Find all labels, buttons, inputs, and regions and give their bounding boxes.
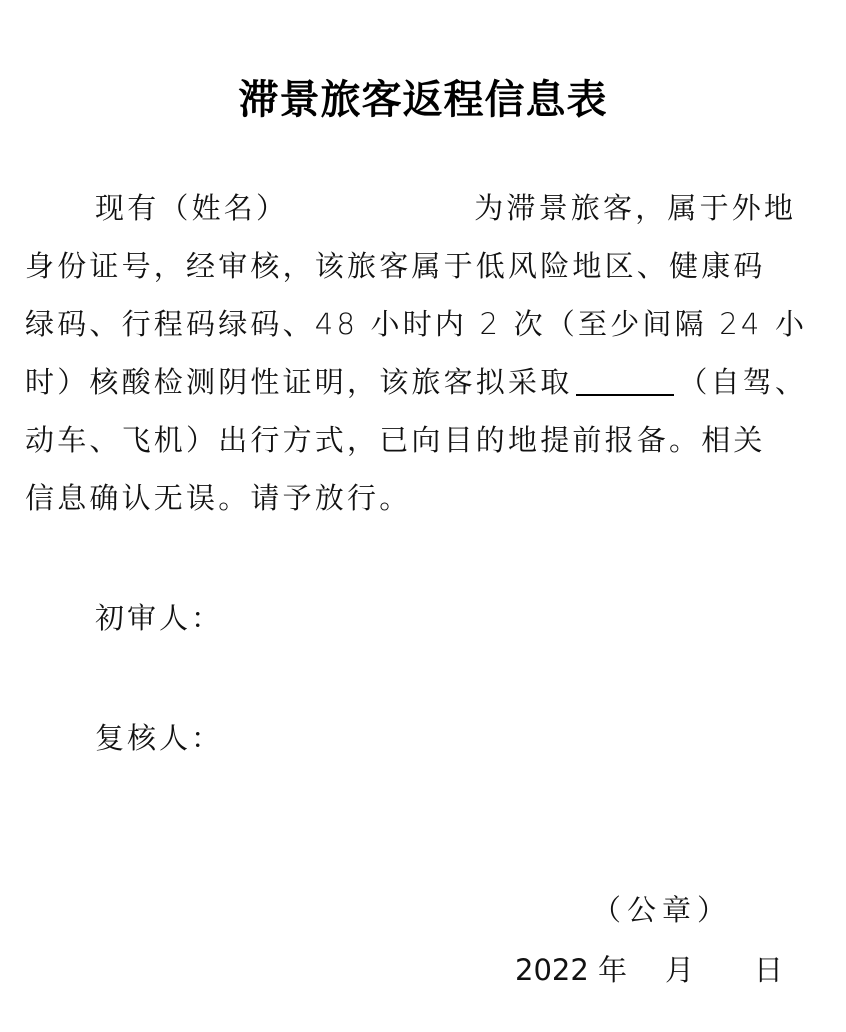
- body-line-5: 动车、飞机）出行方式，已向目的地提前报备。相关: [25, 420, 766, 460]
- final-reviewer-label: 复核人：: [95, 718, 223, 758]
- official-seal-label: （公章）: [592, 890, 732, 930]
- body-line-6: 信息确认无误。请予放行。: [25, 478, 411, 518]
- body-line-1: 现有（姓名）为滞景旅客，属于外地: [95, 188, 796, 228]
- date-month: 月: [665, 950, 694, 990]
- body-line-4: 时）核酸检测阴性证明，该旅客拟采取（自驾、: [25, 362, 807, 402]
- initial-reviewer-label: 初审人：: [95, 598, 223, 638]
- body-line-1-suffix: 为滞景旅客，属于外地: [474, 191, 796, 225]
- travel-mode-blank: [576, 366, 674, 396]
- name-label: 现有（姓名）: [95, 191, 288, 225]
- date-year: 2022 年: [515, 950, 627, 990]
- body-line-2: 身份证号，经审核，该旅客属于低风险地区、健康码: [25, 246, 766, 286]
- document-title: 滞景旅客返程信息表: [0, 68, 846, 125]
- body-line-4-suffix: （自驾、: [678, 365, 807, 399]
- body-line-3: 绿码、行程码绿码、48 小时内 2 次（至少间隔 24 小: [25, 304, 807, 344]
- body-line-4-prefix: 时）核酸检测阴性证明，该旅客拟采取: [25, 365, 572, 399]
- date-line: 2022 年月日: [515, 950, 783, 990]
- date-day: 日: [754, 950, 783, 990]
